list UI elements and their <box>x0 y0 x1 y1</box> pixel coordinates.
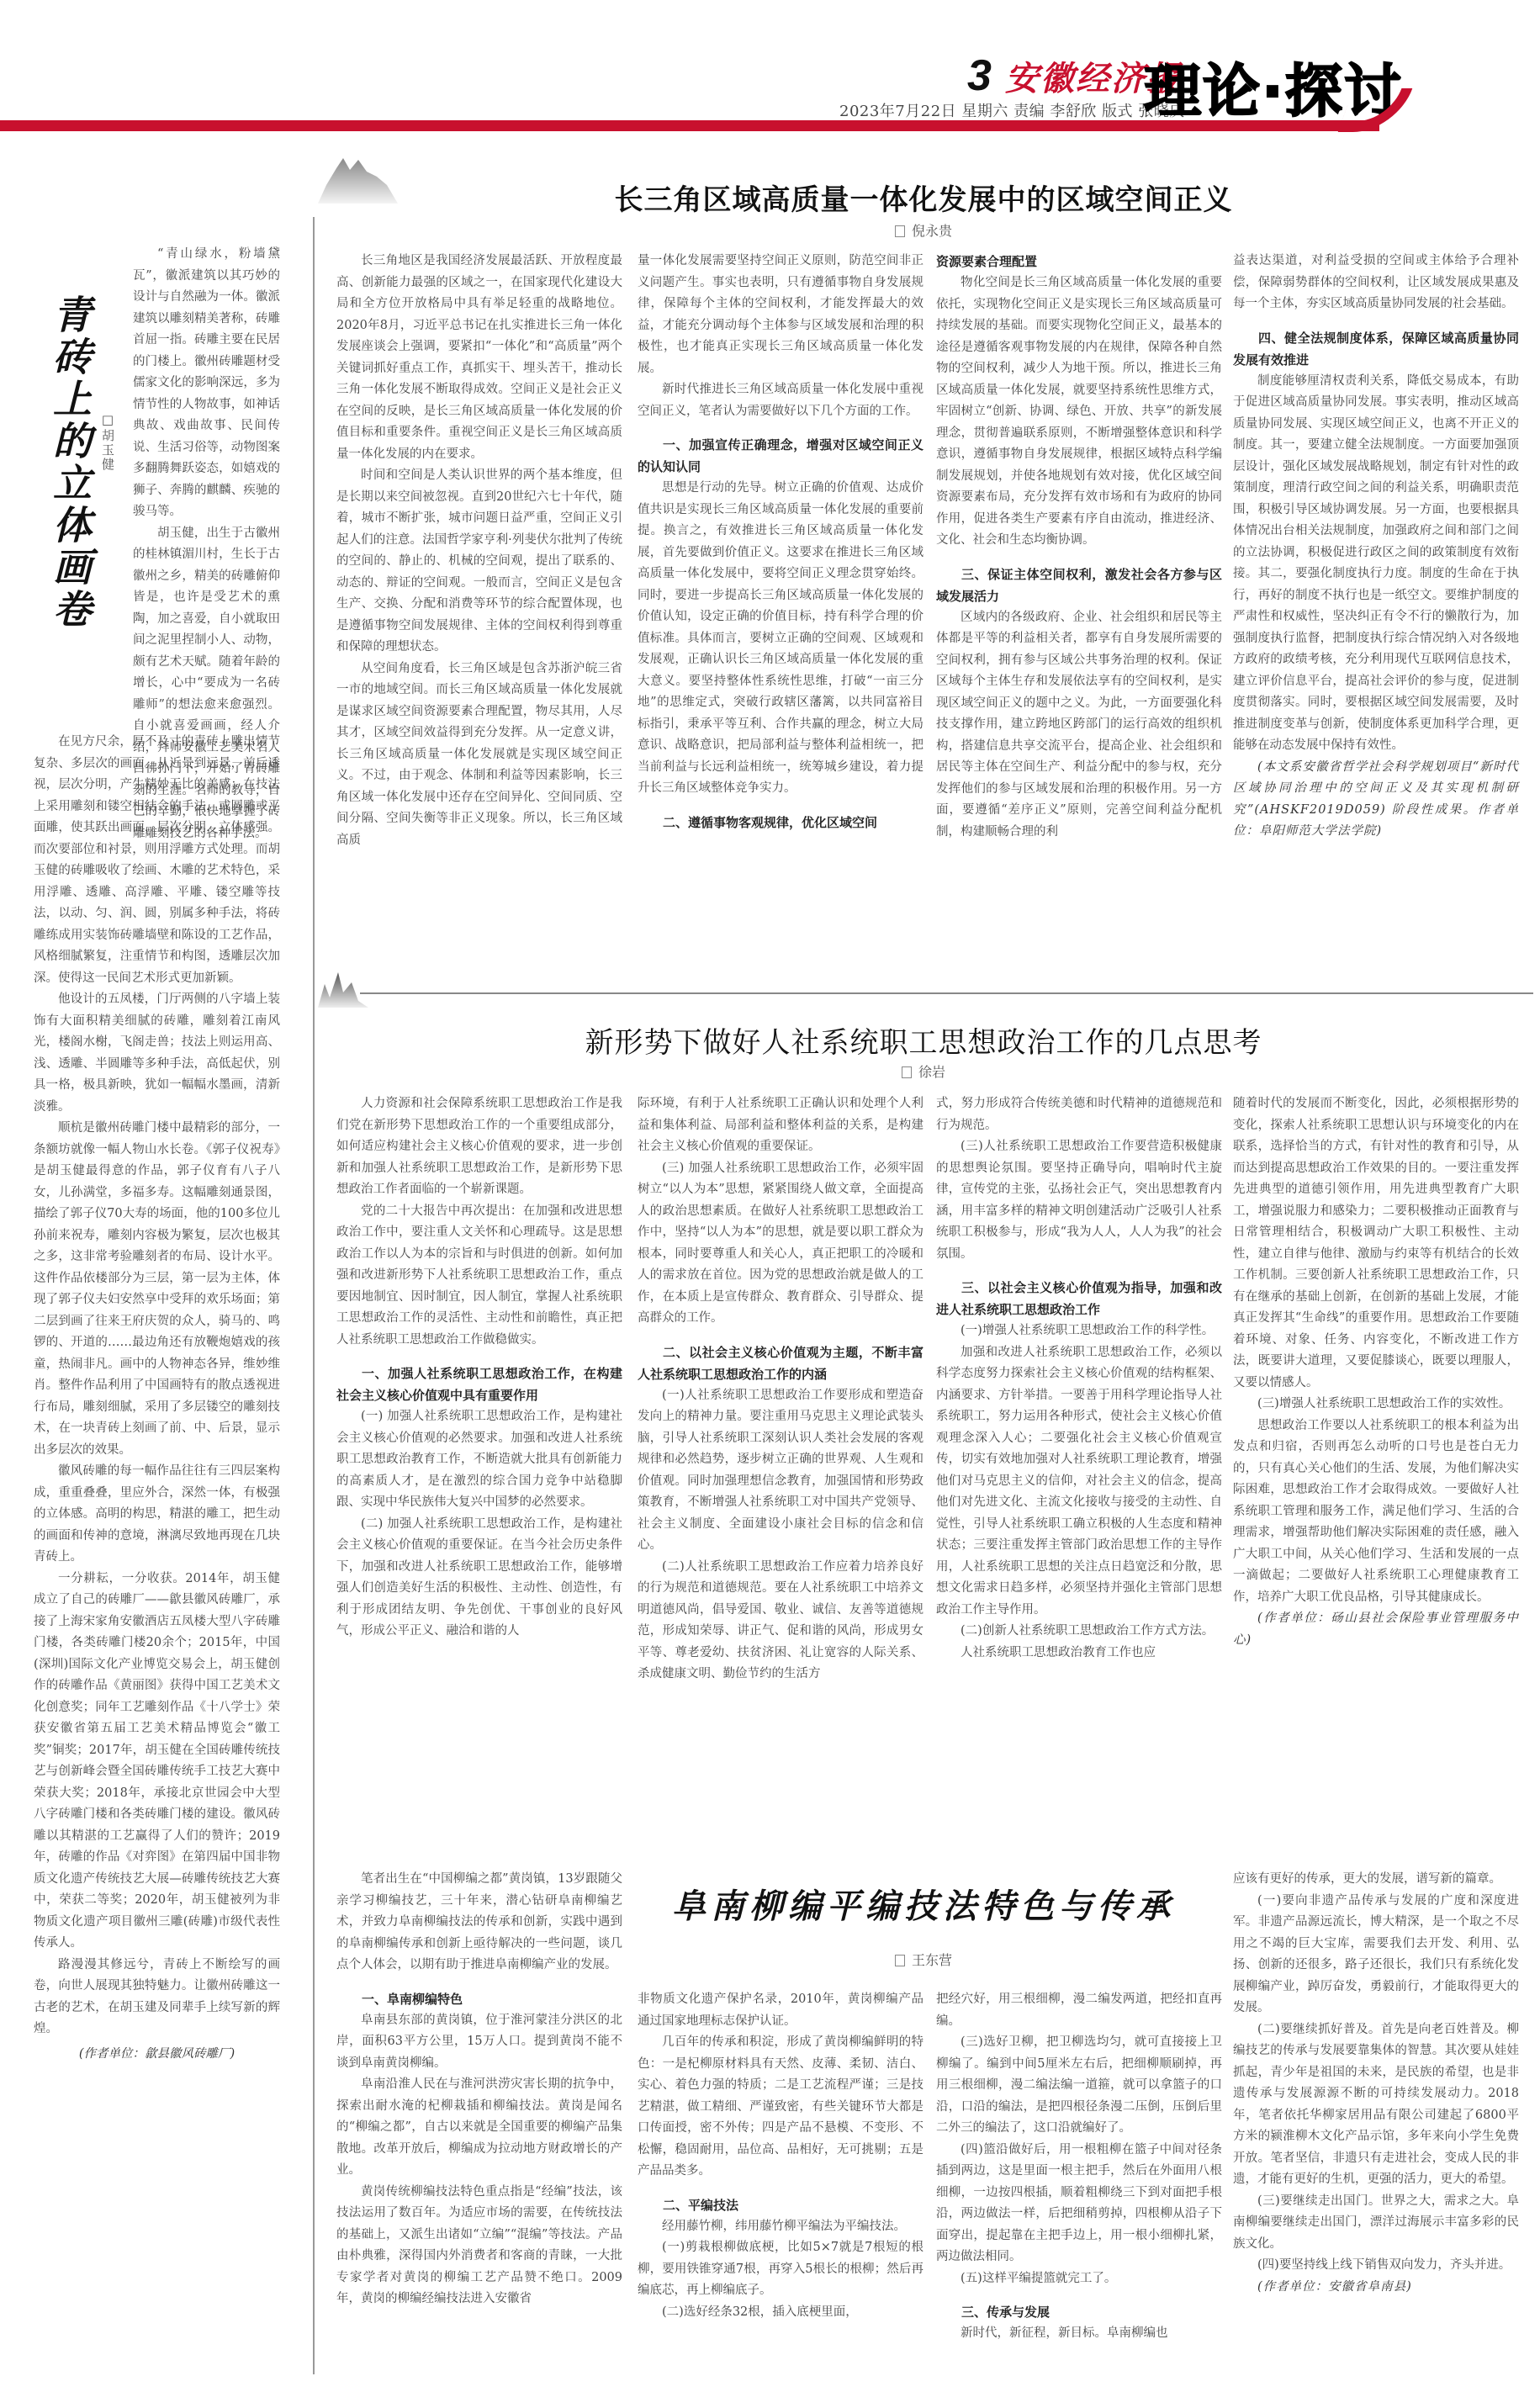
body-paragraph: 随着时代的发展而不断变化，因此，必须根据形势的变化，探索人社系统职工思想认识与环… <box>1233 1093 1519 1394</box>
article-column-2: 际环境，有利于人社系统职工正确认识和处理个人利益和集体利益、局部利益和整体利益的… <box>638 1093 923 1686</box>
body-paragraph: (一)剪栽根柳做底梗，比如5×7就是7根短的根柳，要用铁锥穿通7根，再穿入5根长… <box>638 2237 923 2302</box>
byline-box-icon <box>895 225 905 237</box>
feature-paragraph: “青山绿水，粉墙黛瓦”，徽派建筑以其巧妙的设计与自然融为一体。徽派建筑以雕刻精美… <box>133 244 280 523</box>
ink-mountain-decoration <box>318 967 368 1008</box>
section-heading: 一、阜南柳编特色 <box>336 1988 622 2010</box>
body-paragraph: 长三角地区是我国经济发展最活跃、开放程度最高、创新能力最强的区域之一，在国家现代… <box>336 251 622 465</box>
body-paragraph: (一) 加强人社系统职工思想政治工作，是构建社会主义核心价值观的必然要求。加强和… <box>336 1406 622 1514</box>
feature-paragraph: 在见方尺余，厚不及寸的青砖上雕出情节复杂、多层次的画面。从近景到远景，前后透视，… <box>34 732 280 989</box>
feature-paragraph: 顺杭是徽州砖雕门楼中最精彩的部分，一条额坊就像一幅人物山水长卷。《郭子仪祝寿》是… <box>34 1118 280 1461</box>
article-column-2: 非物质文化遗产保护名录，2010年，黄岗柳编产品通过国家地理标志保护认证。几百年… <box>638 1989 923 2323</box>
feature-paragraph: 徽风砖雕的每一幅作品往往有三四层案构成，重重叠叠，里应外合，深然一体，有极强的立… <box>34 1461 280 1569</box>
body-paragraph: (二) 加强人社系统职工思想政治工作，是构建社会主义核心价值观的重要保证。在当今… <box>336 1514 622 1643</box>
body-paragraph: 时间和空间是人类认识世界的两个基本维度，但是长期以来空间被忽视。直到20世纪六七… <box>336 465 622 659</box>
body-paragraph: (二)要继续抓好普及。首先是向老百姓普及。柳编技艺的传承与发展要靠集体的智慧。其… <box>1233 2019 1519 2191</box>
body-paragraph: 从空间角度看，长三角区域是包含苏浙沪皖三省一市的地域空间。而长三角区域高质量一体… <box>336 659 622 852</box>
body-paragraph: 非物质文化遗产保护名录，2010年，黄岗柳编产品通过国家地理标志保护认证。 <box>638 1989 923 2032</box>
body-paragraph: 物化空间是长三角区域高质量一体化发展的重要依托，实现物化空间正义是实现长三角区域… <box>936 273 1222 552</box>
article-column-4: 随着时代的发展而不断变化，因此，必须根据形势的变化，探索人社系统职工思想认识与环… <box>1233 1093 1519 1651</box>
body-paragraph: 阜南沿淮人民在与淮河洪涝灾害长期的抗争中，探索出耐水淹的杞柳栽插和柳编技法。黄岗… <box>336 2074 622 2182</box>
body-paragraph: (三)要继续走出国门。世界之大，需求之大。阜南柳编要继续走出国门，漂洋过海展示丰… <box>1233 2191 1519 2256</box>
author-affiliation-note: (作者单位：安徽省阜南县) <box>1233 2277 1519 2299</box>
body-paragraph: (一)人社系统职工思想政治工作要形成和塑造奋发向上的精神力量。要注重用马克思主义… <box>638 1385 923 1557</box>
section-heading: 三、保证主体空间权利，激发社会各方参与区域发展活力 <box>936 564 1222 607</box>
body-paragraph: (四)要坚持线上线下销售双向发力，齐头并进。 <box>1233 2255 1519 2277</box>
body-paragraph: 新时代，新征程，新目标。阜南柳编也 <box>936 2323 1222 2345</box>
body-paragraph: 阜南县东部的黄岗镇，位于淮河蒙洼分洪区的北岸，面积63平方公里，15万人口。提到… <box>336 2010 622 2075</box>
article-column-2: 量一体化发展需要坚持空间正义原则，防范空间非正义问题产生。事实也表明，只有遵循事… <box>638 251 923 834</box>
feature-paragraph: 路漫漫其修远兮，青砖上不断绘写的画卷，向世人展现其独特魅力。让徽州砖雕这一古老的… <box>34 1955 280 2040</box>
feature-affiliation: (作者单位：歙县徽风砖雕厂) <box>34 2044 280 2066</box>
byline-box-icon <box>895 1955 905 1966</box>
body-paragraph: 新时代推进长三角区域高质量一体化发展中重视空间正义，笔者认为需要做好以下几个方面… <box>638 379 923 422</box>
body-paragraph: (二)人社系统职工思想政治工作应着力培养良好的行为规范和道德规范。要在人社系统职… <box>638 1557 923 1686</box>
article-column-3: 资源要素合理配置物化空间是长三角区域高质量一体化发展的重要依托，实现物化空间正义… <box>936 251 1222 843</box>
body-paragraph: (三)选好卫柳，把卫柳选均匀，就可直接接上卫柳编了。编到中间5厘米左右后，把细柳… <box>936 2032 1222 2140</box>
byline-box-icon <box>902 1066 912 1078</box>
article-column-3: 式，努力形成符合传统美德和时代精神的道德规范和行为规范。(三)人社系统职工思想政… <box>936 1093 1222 1664</box>
section-divider <box>360 992 1533 994</box>
body-paragraph: 几百年的传承和积淀，形成了黄岗柳编鲜明的特色：一是杞柳原材料具有天然、皮薄、柔韧… <box>638 2032 923 2183</box>
article-byline: 倪永贵 <box>318 220 1529 240</box>
masthead: 3 安徽经济报 2023年7月22日 星期六 责编 李舒欣 版式 张晓庆 理论·… <box>0 0 1540 160</box>
byline-author: 徐岩 <box>918 1064 945 1080</box>
body-paragraph: (三)人社系统职工思想政治工作要营造积极健康的思想舆论氛围。要坚持正确导向，唱响… <box>936 1136 1222 1265</box>
article-column-1: 笔者出生在“中国柳编之都”黄岗镇，13岁跟随父亲学习柳编技艺，三十年来，潜心钻研… <box>336 1869 622 2310</box>
byline-author: 倪永贵 <box>912 223 952 239</box>
body-paragraph: 黄岗传统柳编技法特色重点指是“经编”技法，该技法运用了数百年。为适应市场的需要，… <box>336 2182 622 2310</box>
section-heading: 三、传承与发展 <box>936 2301 1222 2323</box>
section-heading: 一、加强宣传正确理念，增强对区域空间正义的认知认同 <box>638 434 923 478</box>
article-regional-spatial-justice: 长三角区域高质量一体化发展中的区域空间正义 倪永贵 长三角地区是我国经济发展最活… <box>318 151 1529 934</box>
article-column-4: 益表达渠道，对利益受损的空间或主体给予合理补偿，保障弱势群体的空间权利，让区域发… <box>1233 251 1519 843</box>
article-column-4: 应该有更好的传承，更大的发展，谱写新的篇章。(一)要向非遗产品传承与发展的广度和… <box>1233 1869 1519 2298</box>
section-heading: 三、以社会主义核心价值观为指导，加强和改进人社系统职工思想政治工作 <box>936 1277 1222 1320</box>
body-paragraph: 思想是行动的先导。树立正确的价值观、达成价值共识是实现长三角区域高质量一体化发展… <box>638 478 923 800</box>
article-byline: 徐岩 <box>318 1061 1529 1081</box>
body-paragraph: 党的二十大报告中再次提出：在加强和改进思想政治工作中，要注重人文关怀和心理疏导。… <box>336 1201 622 1352</box>
body-paragraph: 人力资源和社会保障系统职工思想政治工作是我们党在新形势下思想政治工作的一个重要组… <box>336 1093 622 1201</box>
author-affiliation-note: (本文系安徽省哲学社会科学规划项目“新时代区域协同治理中的空间正义及其实现机制研… <box>1233 757 1519 843</box>
section-heading: 二、遵循事物客观规律，优化区域空间 <box>638 812 923 834</box>
feature-byline: □胡玉健 <box>99 412 117 472</box>
body-paragraph: (一)增强人社系统职工思想政治工作的科学性。 <box>936 1320 1222 1342</box>
body-paragraph: 笔者出生在“中国柳编之都”黄岗镇，13岁跟随父亲学习柳编技艺，三十年来，潜心钻研… <box>336 1869 622 1977</box>
body-paragraph: (五)这样平编提篮就完工了。 <box>936 2268 1222 2290</box>
feature-paragraph: 他设计的五凤楼，门厅两侧的八字墙上装饰有大面积精美细腻的砖雕，雕刻着江南风光，楼… <box>34 989 280 1118</box>
body-paragraph: 人社系统职工思想政治教育工作也应 <box>936 1643 1222 1664</box>
body-paragraph: 式，努力形成符合传统美德和时代精神的道德规范和行为规范。 <box>936 1093 1222 1136</box>
section-heading: 二、平编技法 <box>638 2194 923 2216</box>
masthead-red-rule <box>0 120 1379 131</box>
section-heading: 四、健全法规制度体系，保障区域高质量协同发展有效推进 <box>1233 327 1519 371</box>
body-paragraph: 益表达渠道，对利益受损的空间或主体给予合理补偿，保障弱势群体的空间权利，让区域发… <box>1233 251 1519 315</box>
article-title: 新形势下做好人社系统职工思想政治工作的几点思考 <box>318 1019 1529 1061</box>
body-paragraph: (二)选好经条32根，插入底梗里面， <box>638 2302 923 2324</box>
article-column-1: 人力资源和社会保障系统职工思想政治工作是我们党在新形势下思想政治工作的一个重要组… <box>336 1093 622 1643</box>
body-paragraph: (三) 加强人社系统职工思想政治工作，必须牢固树立“以人为本”思想，紧紧围绕人做… <box>638 1158 923 1330</box>
body-paragraph: 应该有更好的传承，更大的发展，谱写新的篇章。 <box>1233 1869 1519 1891</box>
body-paragraph: 制度能够厘清权责利关系，降低交易成本，有助于促进区域高质量协同发展。事实表明，推… <box>1233 371 1519 757</box>
body-paragraph: (四)篮沿做好后，用一根粗柳在篮子中间对径条插到两边，这是里面一根主把手，然后在… <box>936 2140 1222 2268</box>
article-column-1: 长三角地区是我国经济发展最活跃、开放程度最高、创新能力最强的区域之一，在国家现代… <box>336 251 622 851</box>
article-staff-ideological-work: 新形势下做好人社系统职工思想政治工作的几点思考 徐岩 人力资源和社会保障系统职工… <box>318 1009 1529 1800</box>
body-paragraph: 加强和改进人社系统职工思想政治工作，必须以科学态度努力探索社会主义核心价值观的结… <box>936 1342 1222 1622</box>
feature-body-wide: 在见方尺余，厚不及寸的青砖上雕出情节复杂、多层次的画面。从近景到远景，前后透视，… <box>34 732 280 2065</box>
article-title: 长三角区域高质量一体化发展中的区域空间正义 <box>318 177 1529 218</box>
body-paragraph: (二)创新人社系统职工思想政治工作方式方法。 <box>936 1621 1222 1643</box>
feature-title: 青砖上的立体画卷 <box>50 294 93 631</box>
article-funan-willow-weaving: 阜南柳编平编技法特色与传承 王东营 笔者出生在“中国柳编之都”黄岗镇，13岁跟随… <box>318 1842 1529 2397</box>
body-paragraph: 区域内的各级政府、企业、社会组织和居民等主体都是平等的利益相关者，都享有自身发展… <box>936 607 1222 844</box>
body-paragraph: 经用藤竹柳，纬用藤竹柳平编法为平编技法。 <box>638 2216 923 2238</box>
feature-paragraph: 一分耕耘，一分收获。2014年，胡玉健成立了自己的砖雕厂——歙县徽风砖雕厂，承接… <box>34 1569 280 1955</box>
section-heading: 二、以社会主义核心价值观为主题，不断丰富人社系统职工思想政治工作的内涵 <box>638 1342 923 1385</box>
page-number: 3 <box>967 50 992 101</box>
body-paragraph: (三)增强人社系统职工思想政治工作的实效性。 <box>1233 1394 1519 1416</box>
author-affiliation-note: (作者单位：砀山县社会保险事业管理服务中心) <box>1233 1608 1519 1651</box>
dateline: 2023年7月22日 星期六 责编 李舒欣 版式 张晓庆 <box>839 99 1185 121</box>
body-paragraph: (一)要向非遗产品传承与发展的广度和深度进军。非遗产品源远流长，博大精深，是一个… <box>1233 1891 1519 2019</box>
column-divider <box>313 217 315 2374</box>
section-heading: 一、加强人社系统职工思想政治工作，在构建社会主义核心价值观中具有重要作用 <box>336 1363 622 1406</box>
body-paragraph: 思想政治工作要以人社系统职工的根本利益为出发点和归宿，否则再怎么动听的口号也是苍… <box>1233 1416 1519 1609</box>
article-column-3: 把经穴好，用三根细柳，漫二编发两道，把经扣直再编。(三)选好卫柳，把卫柳选均匀，… <box>936 1989 1222 2345</box>
section-heading: 资源要素合理配置 <box>936 251 1222 273</box>
byline-author: 王东营 <box>912 1952 952 1968</box>
body-paragraph: 把经穴好，用三根细柳，漫二编发两道，把经扣直再编。 <box>936 1989 1222 2032</box>
body-paragraph: 际环境，有利于人社系统职工正确认识和处理个人利益和集体利益、局部利益和整体利益的… <box>638 1093 923 1158</box>
body-paragraph: 量一体化发展需要坚持空间正义原则，防范空间非正义问题产生。事实也表明，只有遵循事… <box>638 251 923 379</box>
